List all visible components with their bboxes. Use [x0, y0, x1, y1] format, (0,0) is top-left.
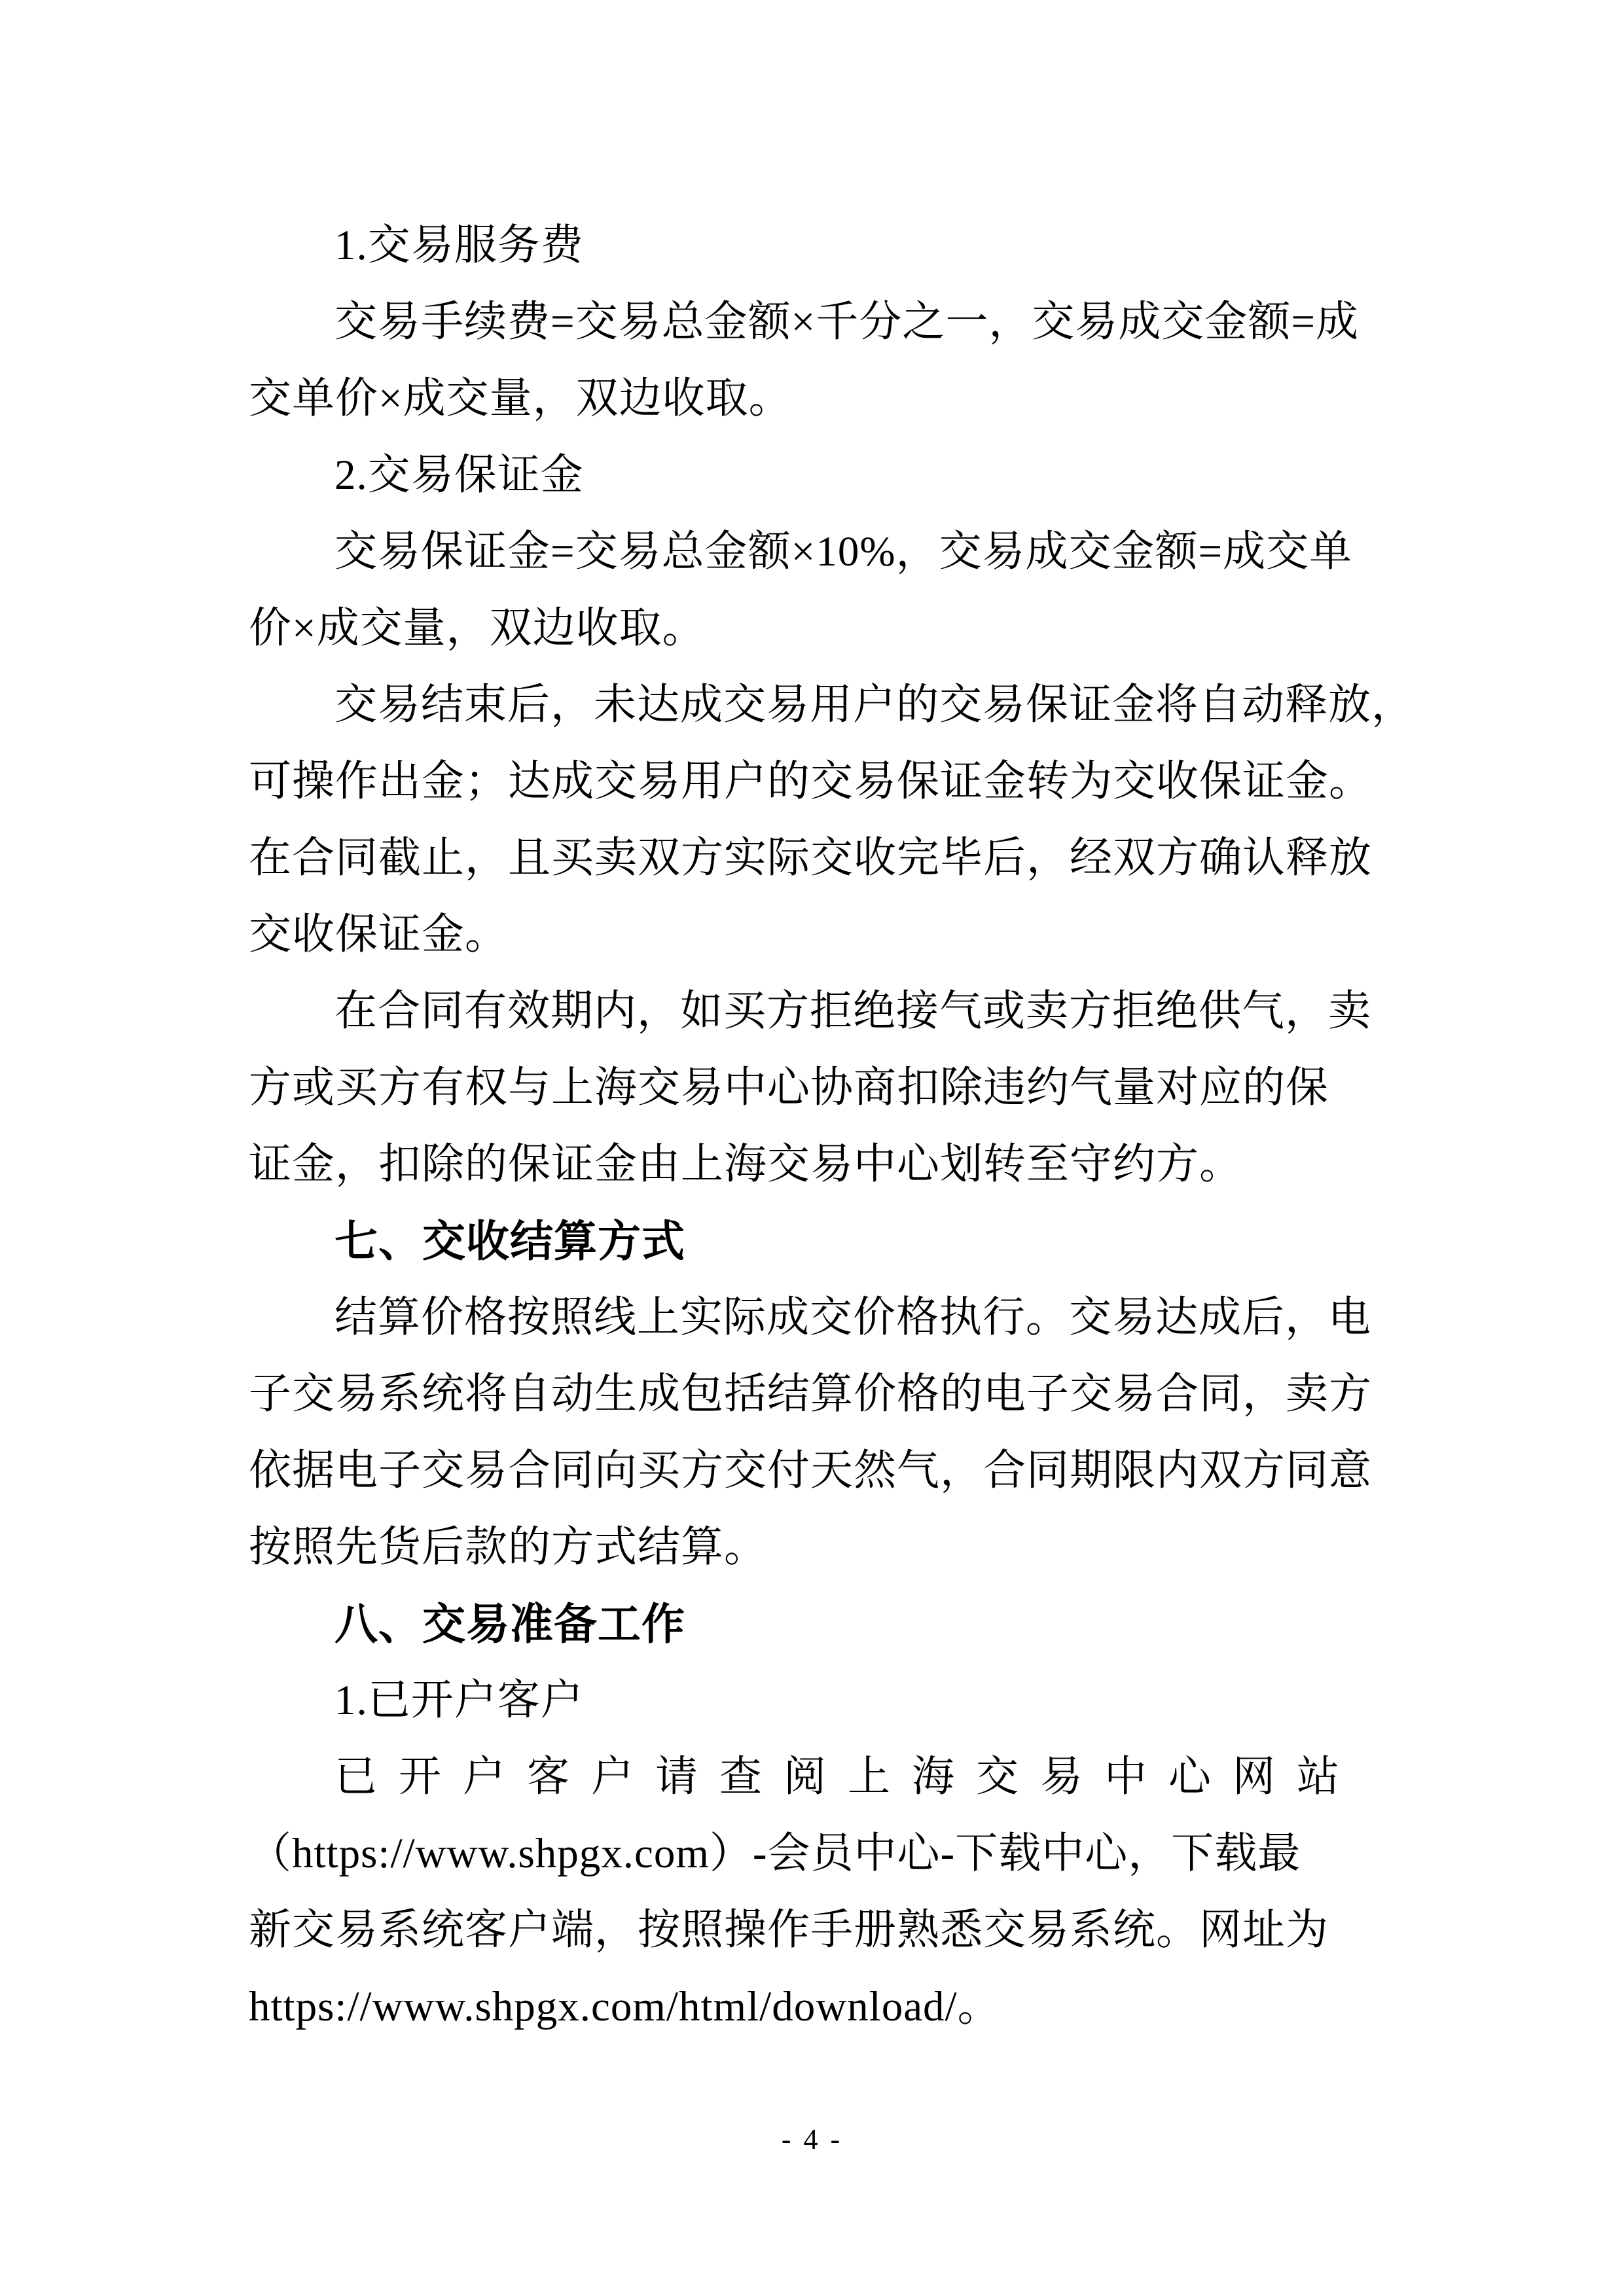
paragraph-line: 交单价×成交量，双边收取。: [249, 361, 1389, 437]
paragraph-line: 在合同有效期内，如买方拒绝接气或卖方拒绝供气，卖: [249, 973, 1389, 1050]
paragraph-line: 方或买方有权与上海交易中心协商扣除违约气量对应的保: [249, 1050, 1389, 1126]
section-heading-eight-preparation: 八、交易准备工作: [249, 1586, 1389, 1662]
paragraph-line: 子交易系统将自动生成包括结算价格的电子交易合同，卖方: [249, 1356, 1389, 1433]
paragraph-line: 新交易系统客户端，按照操作手册熟悉交易系统。网址为: [249, 1892, 1389, 1969]
page-number: - 4 -: [0, 2123, 1624, 2157]
paragraph-line: 在合同截止，且买卖双方实际交收完毕后，经双方确认释放: [249, 820, 1389, 897]
paragraph-line: 按照先货后款的方式结算。: [249, 1509, 1389, 1586]
list-item-2-trade-margin: 2.交易保证金: [249, 437, 1389, 514]
document-page: 1.交易服务费 交易手续费=交易总金额×千分之一，交易成交金额=成 交单价×成交…: [0, 0, 1624, 2296]
paragraph-line: 交易结束后，未达成交易用户的交易保证金将自动释放，: [249, 667, 1389, 744]
list-item-1-opened-customers: 1.已开户客户: [249, 1662, 1389, 1739]
paragraph-line-url: https://www.shpgx.com/html/download/。: [249, 1969, 1389, 2045]
paragraph-line: 价×成交量，双边收取。: [249, 590, 1389, 667]
section-heading-seven-settlement: 七、交收结算方式: [249, 1203, 1389, 1280]
paragraph-line: 结算价格按照线上实际成交价格执行。交易达成后，电: [249, 1280, 1389, 1356]
paragraph-line: 交易手续费=交易总金额×千分之一，交易成交金额=成: [249, 284, 1389, 361]
paragraph-line: 依据电子交易合同向买方交付天然气，合同期限内双方同意: [249, 1433, 1389, 1509]
paragraph-line-justified: 已开户客户请查阅上海交易中心网站: [249, 1739, 1389, 1816]
paragraph-line: 交易保证金=交易总金额×10%，交易成交金额=成交单: [249, 514, 1389, 590]
paragraph-line: 可操作出金；达成交易用户的交易保证金转为交收保证金。: [249, 744, 1389, 820]
list-item-1-trade-service-fee: 1.交易服务费: [249, 207, 1389, 284]
paragraph-line: 证金，扣除的保证金由上海交易中心划转至守约方。: [249, 1126, 1389, 1203]
document-body: 1.交易服务费 交易手续费=交易总金额×千分之一，交易成交金额=成 交单价×成交…: [249, 207, 1389, 2045]
paragraph-line-url: （https://www.shpgx.com）-会员中心-下载中心，下载最: [249, 1816, 1389, 1892]
paragraph-line: 交收保证金。: [249, 897, 1389, 973]
